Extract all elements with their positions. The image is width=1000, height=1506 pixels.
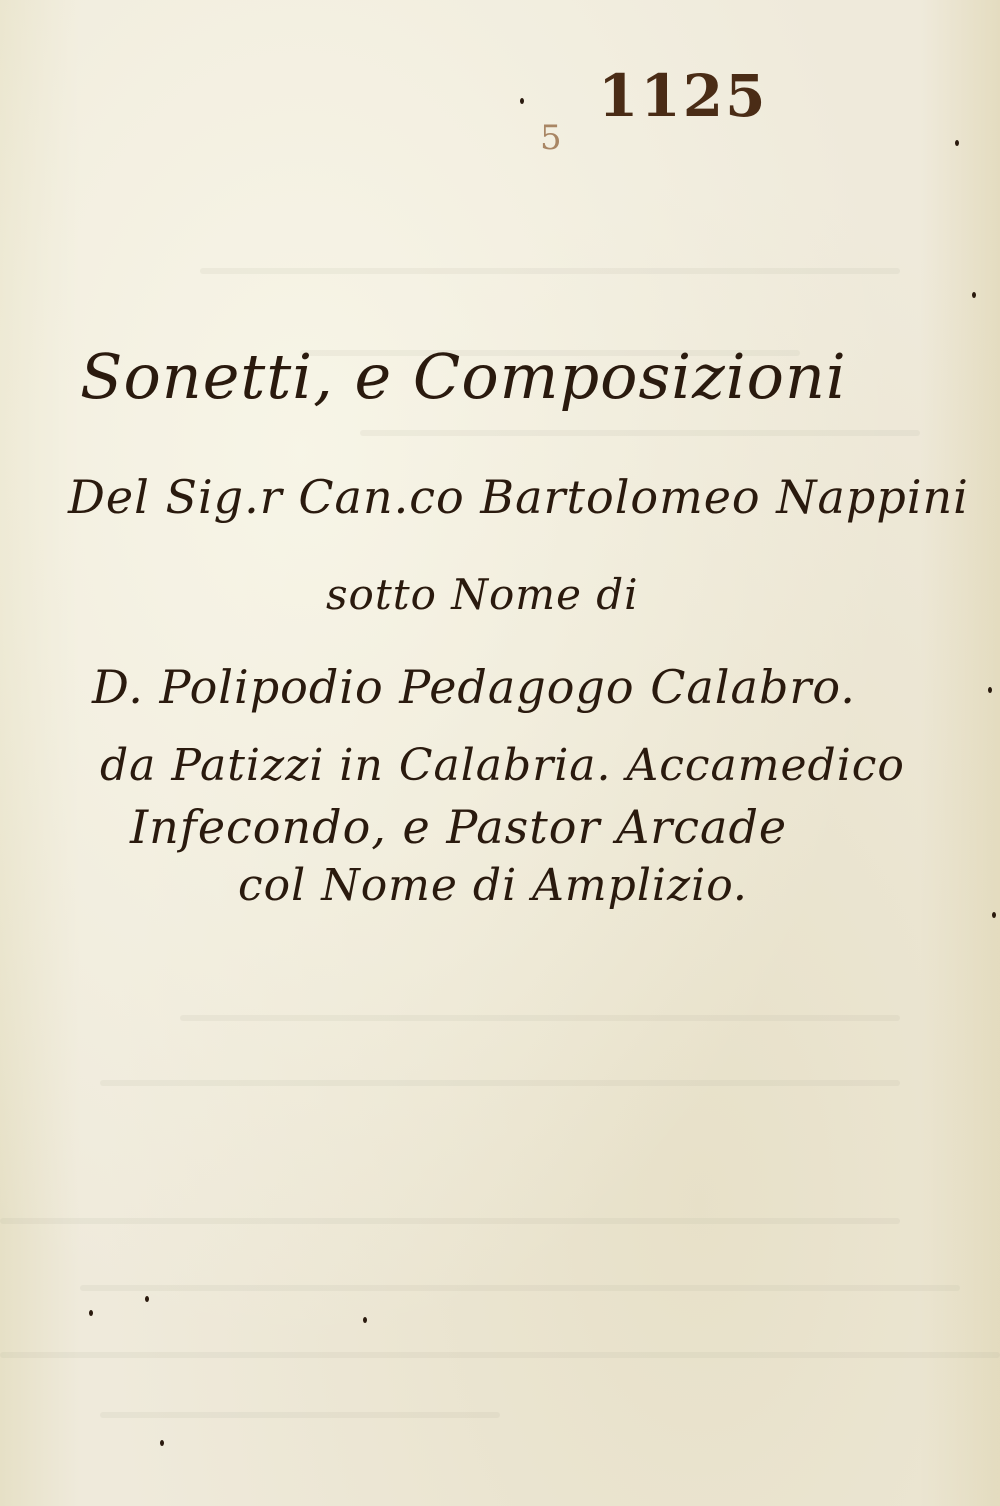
shelfmark-small-mark: 5 [540, 118, 562, 158]
ink-speck [89, 1310, 93, 1316]
bleed-through-line [200, 268, 900, 274]
manuscript-page: 5 1125 Sonetti, e Composizioni Del Sig.r… [0, 0, 1000, 1506]
ink-speck [145, 1296, 149, 1302]
bleed-through-line [180, 1015, 900, 1021]
ink-speck [160, 1440, 164, 1446]
title-line-3: sotto Nome di [326, 570, 639, 619]
ink-speck [988, 687, 992, 693]
title-line-7: col Nome di Amplizio. [238, 860, 748, 911]
ink-speck [992, 912, 996, 918]
bleed-through-line [0, 1218, 900, 1224]
title-line-4: D. Polipodio Pedagogo Calabro. [92, 660, 856, 714]
title-line-5: da Patizzi in Calabria. Accamedico [100, 740, 905, 791]
ink-speck [520, 98, 524, 104]
bleed-through-line [0, 1352, 1000, 1358]
bleed-through-line [360, 430, 920, 436]
ink-speck [972, 292, 976, 298]
ink-speck [955, 140, 959, 146]
bleed-through-line [100, 1412, 500, 1418]
bleed-through-line [100, 1080, 900, 1086]
ink-speck [363, 1317, 367, 1323]
title-line-2: Del Sig.r Can.co Bartolomeo Nappini [68, 470, 969, 524]
shelfmark-number: 1125 [598, 62, 767, 130]
bleed-through-line [80, 1285, 960, 1291]
title-line-1: Sonetti, e Composizioni [80, 340, 847, 413]
title-line-6: Infecondo, e Pastor Arcade [130, 800, 787, 854]
